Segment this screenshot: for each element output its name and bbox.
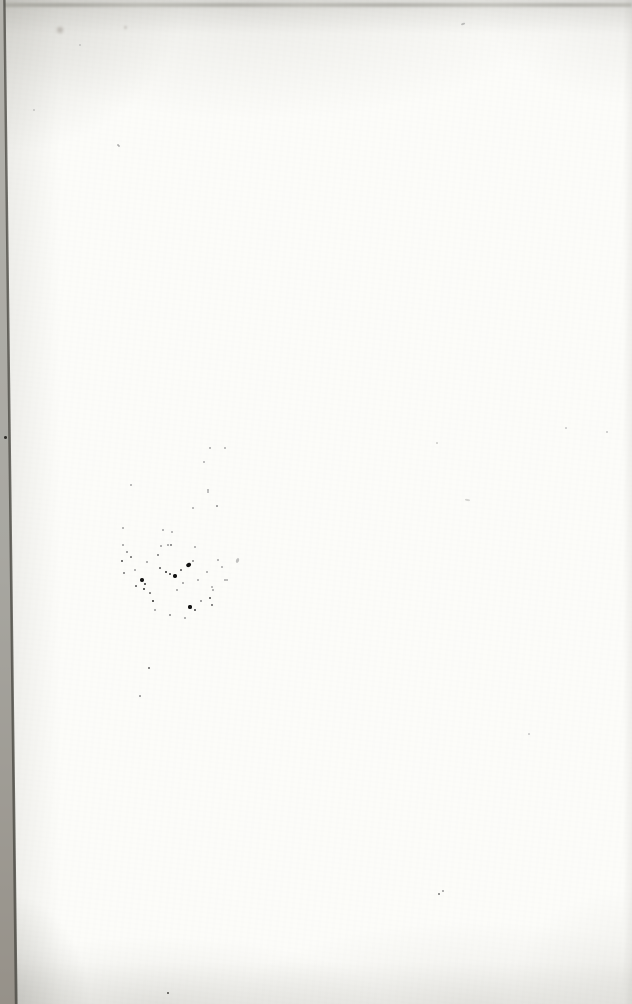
ink-speck	[167, 544, 168, 545]
ink-speck	[130, 484, 131, 485]
ink-speck	[160, 545, 161, 546]
scanned-page	[0, 0, 632, 1004]
ink-speck	[203, 461, 204, 462]
ink-speck	[192, 507, 193, 508]
ink-speck	[154, 609, 155, 610]
ink-speck	[188, 605, 192, 609]
ink-speck	[134, 569, 135, 570]
page-left-edge-line	[0, 0, 632, 1004]
ink-speck	[152, 600, 154, 602]
stray-mark	[606, 431, 608, 433]
ink-speck	[171, 531, 172, 532]
ink-speck	[159, 567, 161, 569]
ink-speck	[200, 600, 201, 601]
left-gutter-backing	[0, 0, 632, 1004]
ink-speck	[211, 604, 212, 605]
ink-speck	[121, 560, 123, 562]
ink-speck	[157, 554, 158, 555]
page-top-edge-fuzz	[0, 3, 632, 7]
ink-speck	[123, 572, 124, 573]
stray-mark	[442, 890, 443, 891]
ink-speck	[184, 617, 185, 618]
ink-speck	[182, 582, 183, 583]
ink-speck	[165, 571, 167, 573]
ink-speck	[180, 569, 182, 571]
ink-spatter-cluster	[0, 0, 632, 1004]
ink-speck	[126, 551, 127, 552]
ink-speck	[192, 560, 193, 561]
ink-speck	[224, 579, 225, 580]
ink-speck	[207, 491, 208, 492]
ink-speck	[207, 489, 208, 490]
stray-mark	[118, 145, 120, 147]
stray-mark	[4, 436, 7, 439]
stray-mark	[565, 427, 567, 429]
stray-marks-layer	[0, 0, 632, 1004]
ink-speck	[149, 592, 151, 594]
ink-speck	[224, 447, 225, 448]
ink-speck	[197, 579, 198, 580]
ink-speck	[209, 597, 211, 599]
ink-speck	[122, 527, 123, 528]
ink-speck	[176, 589, 177, 590]
ink-speck	[221, 566, 222, 567]
ink-speck	[122, 544, 123, 545]
stray-mark	[464, 499, 469, 501]
stray-mark	[124, 26, 127, 29]
ink-speck	[216, 505, 218, 507]
stray-mark	[461, 23, 465, 26]
stray-mark	[33, 109, 35, 111]
stray-mark	[148, 667, 150, 669]
stray-mark	[436, 442, 438, 444]
ink-speck	[217, 559, 218, 560]
stray-mark	[57, 27, 63, 33]
ink-speck	[146, 561, 147, 562]
ink-speck	[235, 557, 240, 563]
ink-speck	[194, 609, 196, 611]
ink-speck	[135, 585, 137, 587]
paper-grain-texture	[0, 0, 632, 1004]
stray-mark	[167, 992, 169, 994]
ink-speck	[130, 556, 132, 558]
ink-speck	[185, 562, 191, 568]
ink-speck	[169, 573, 171, 575]
ink-speck	[226, 579, 227, 580]
scan-shading-overlay	[0, 0, 632, 1004]
ink-speck	[206, 571, 207, 572]
ink-speck	[144, 583, 146, 585]
stray-mark	[438, 893, 440, 895]
ink-speck	[173, 574, 177, 578]
ink-speck	[170, 544, 171, 545]
ink-speck	[169, 614, 170, 615]
ink-speck	[209, 447, 210, 448]
ink-speck	[194, 546, 195, 547]
stray-mark	[79, 44, 81, 46]
ink-speck	[212, 589, 213, 590]
stray-mark	[528, 733, 530, 735]
ink-speck	[211, 586, 212, 587]
stray-mark	[117, 144, 119, 146]
ink-speck	[162, 529, 163, 530]
stray-mark	[139, 695, 141, 697]
ink-speck	[140, 578, 144, 582]
ink-speck	[143, 588, 145, 590]
